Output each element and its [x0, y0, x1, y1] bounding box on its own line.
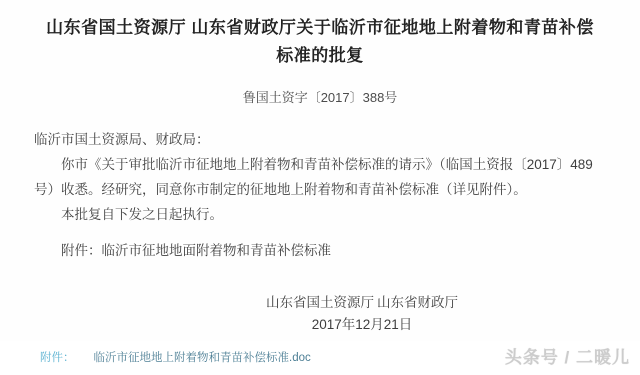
- attachment-file-link[interactable]: 临沂市征地地上附着物和青苗补偿标准.doc: [94, 352, 311, 364]
- footer-attachment: 附件：临沂市征地地上附着物和青苗补偿标准.doc: [40, 349, 311, 365]
- signature-agency-2: 山东省财政厅: [377, 292, 458, 313]
- body-paragraph: 你市《关于审批临沂市征地地上附着物和青苗补偿标准的请示》（临国土资报〔2017〕…: [34, 152, 610, 202]
- signature-block: 山东省国土资源厅 山东省财政厅 2017年12月21日: [266, 292, 458, 335]
- signature-date: 2017年12月21日: [266, 314, 458, 335]
- doc-title: 山东省国土资源厅 山东省财政厅关于临沂市征地地上附着物和青苗补偿标准的批复: [0, 0, 640, 70]
- footer-bar: 附件：临沂市征地地上附着物和青苗补偿标准.doc 头条号 / 二暖儿: [0, 341, 640, 375]
- doc-body: 临沂市国土资源局、财政局： 你市《关于审批临沂市征地地上附着物和青苗补偿标准的请…: [34, 127, 610, 263]
- watermark: 头条号 / 二暖儿: [505, 343, 630, 368]
- attachment-note: 附件：临沂市征地地面附着物和青苗补偿标准: [34, 238, 610, 263]
- signature-agency-1: 山东省国土资源厅: [266, 292, 374, 313]
- body-paragraph: 本批复自下发之日起执行。: [34, 202, 610, 227]
- signature-agencies: 山东省国土资源厅 山东省财政厅: [266, 292, 458, 313]
- attachment-label: 附件：: [40, 352, 75, 364]
- document-page: 山东省国土资源厅 山东省财政厅关于临沂市征地地上附着物和青苗补偿标准的批复 鲁国…: [0, 0, 640, 375]
- doc-number: 鲁国土资字〔2017〕388号: [0, 87, 640, 106]
- salutation: 临沂市国土资源局、财政局：: [34, 127, 610, 152]
